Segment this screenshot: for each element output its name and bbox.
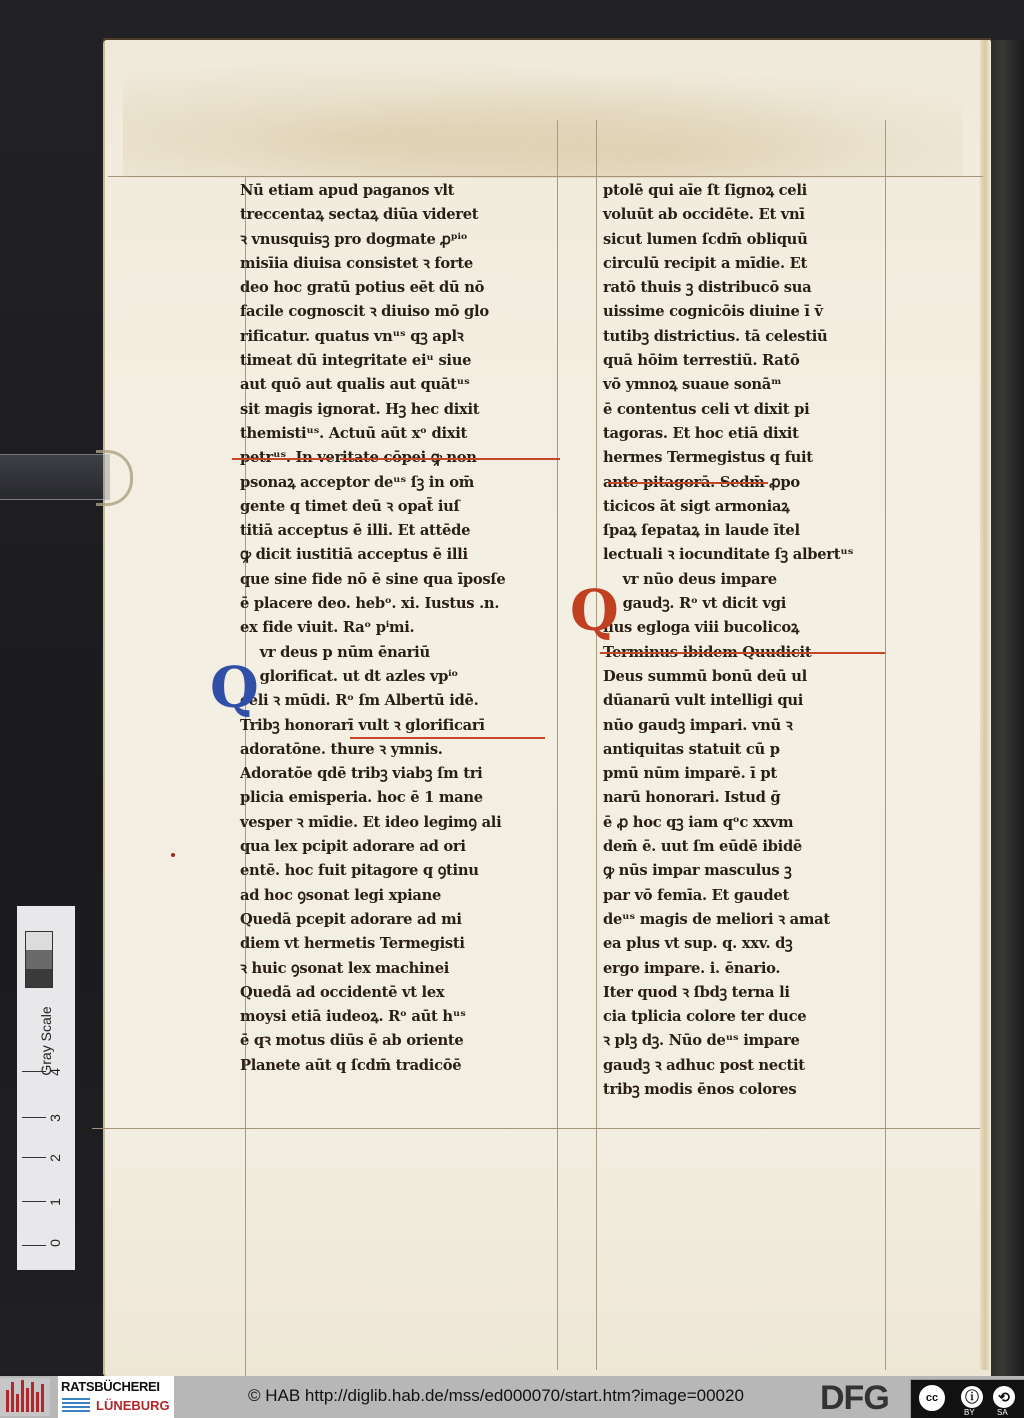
text-line: ea plus vt sup. q. xxv. dꝫ [603, 931, 926, 955]
text-line: Tribꝫ honorarī vult ꝛ glorificarī [240, 713, 563, 737]
text-line: cia tplicia colore ter duce [603, 1004, 926, 1028]
text-line: deᵘˢ magis de meliori ꝛ amat [603, 907, 926, 931]
text-line: hermes Termegistus q fuit [603, 445, 926, 469]
text-line: adoratōne. thure ꝛ ymnis. [240, 737, 563, 761]
text-line: vō ymnoꝝ suaue sonāᵐ [603, 372, 926, 396]
margin-mark [171, 853, 175, 857]
text-line: antiquitas statuit cū p [603, 737, 926, 761]
text-line: ptolē qui aīe ſt ſignoꝝ celi [603, 178, 926, 202]
text-line: narū honorari. Istud ḡ [603, 785, 926, 809]
text-line: facile cognoscit ꝛ diuiso mō glo [240, 299, 563, 323]
text-line: ꝛ huic ꝯsonat lex machinei [240, 956, 563, 980]
ruler-tick [22, 1117, 46, 1118]
text-line: diem vt hermetis Termegisti [240, 931, 563, 955]
clip-tip [96, 450, 133, 506]
text-line: Adoratōe qdē tribꝫ viabꝫ ſm tri [240, 761, 563, 785]
text-line: glorificat. ut dt azles vpⁱᵒ [240, 664, 563, 688]
rubric-underline [232, 458, 332, 460]
text-line: dem̄ ē. uut ſm eūdē ibidē [603, 834, 926, 858]
by-label: BY [964, 1408, 975, 1417]
red-initial-letter: Q [570, 583, 619, 639]
text-line: aut quō aut qualis aut quātᵘˢ [240, 372, 563, 396]
swatch-dark [26, 969, 52, 987]
ruler-tick [22, 1245, 46, 1246]
text-line: ē contentus celi vt dixit pi [603, 397, 926, 421]
clip-band [0, 454, 110, 500]
ruler-tick [22, 1071, 46, 1072]
text-line: gente q timet deū ꝛ opat̄ iuſ [240, 494, 563, 518]
text-line: deo hoc gratū potius eēt dū nō [240, 275, 563, 299]
left-text-column: Nū etiam apud paganos vlt treccentaꝝ sec… [240, 178, 570, 1077]
gray-swatches [25, 931, 53, 988]
text-line: titiā acceptus ē illi. Et attēde [240, 518, 563, 542]
ruler-number: 0 [47, 1239, 63, 1247]
text-line: nūo gaudꝫ impari. vnū ꝛ [603, 713, 926, 737]
copyright-url[interactable]: © HAB http://diglib.hab.de/mss/ed000070/… [248, 1386, 744, 1406]
text-line: quā hōim terrestiū. Ratō [603, 348, 926, 372]
text-line: voluūt ab occidēte. Et vnī [603, 202, 926, 226]
text-line: sit magis ignorat. Hꝫ hec dixit [240, 397, 563, 421]
text-line: gaudꝫ ꝛ adhuc post nectit [603, 1053, 926, 1077]
text-line: ergo impare. i. ēnario. [603, 956, 926, 980]
text-line: ꝙ dicit iustitiā acceptus ē illi [240, 542, 563, 566]
text-line: ē qꝛ motus diūs ē ab oriente [240, 1028, 563, 1052]
sa-label: SA [997, 1408, 1008, 1417]
text-line: ex fide viuit. Raᵒ pⁱmi. [240, 615, 563, 639]
text-line: celi ꝛ mūdi. Rᵒ ſm Albertū idē. [240, 688, 563, 712]
page-clip [0, 446, 130, 506]
ruler-number: 1 [47, 1198, 63, 1206]
text-line: ē ꝓ hoc qꝫ iam qᵒc xxvm [603, 810, 926, 834]
ruler-number: 3 [47, 1114, 63, 1122]
text-line: plicia emisperia. hoc ē 1 mane [240, 785, 563, 809]
logo-text-bottom: LÜNEBURG [96, 1398, 170, 1413]
text-line: ē placere deo. hebᵒ. xi. Iustus .n. [240, 591, 563, 615]
sa-icon: ⟲ [991, 1384, 1017, 1410]
text-line: lius egloga viii bucolicoꝝ [603, 615, 926, 639]
text-line: Iter quod ꝛ ſbdꝫ terna li [603, 980, 926, 1004]
ruler-tick [22, 1157, 46, 1158]
text-line: Quedā ad occidentē vt lex [240, 980, 563, 1004]
text-line: vr nūo deus impare [603, 567, 926, 591]
text-line: Quedā pcepit adorare ad mi [240, 907, 563, 931]
binding-edge [988, 40, 1024, 1380]
text-line: ꝛ plꝫ dꝫ. Nūo deᵘˢ impare [603, 1028, 926, 1052]
text-line: pmū nūm imparē. ī pt [603, 761, 926, 785]
text-line: qua lex pcipit adorare ad ori [240, 834, 563, 858]
text-line: ꝛ vnusquisꝫ pro dogmate ꝓᵖⁱᵒ [240, 227, 563, 251]
text-line: uissime cognicōis diuine ī v̄ [603, 299, 926, 323]
ruler-number: 2 [47, 1154, 63, 1162]
text-line: misīia diuisa consistet ꝛ forte [240, 251, 563, 275]
text-line: gaudꝫ. Rᵒ vt dicit vgi [603, 591, 926, 615]
text-line: tagoras. Et hoc etiā dixit [603, 421, 926, 445]
text-line: treccentaꝝ sectaꝝ diūa videret [240, 202, 563, 226]
ruler-number: 4 [47, 1068, 63, 1076]
book-icon [62, 1398, 90, 1414]
text-line: dūanarū vult intelligi qui [603, 688, 926, 712]
rubric-underline [350, 737, 545, 739]
right-text-column: ptolē qui aīe ſt ſignoꝝ celi voluūt ab o… [603, 178, 933, 1101]
text-line: sicut lumen ſcdm̄ obliquū [603, 227, 926, 251]
ruling-bottom [92, 1128, 980, 1129]
text-line: tribꝫ modis ēnos colores [603, 1077, 926, 1101]
ruling-top [108, 176, 983, 177]
water-stain [123, 48, 963, 178]
text-line: ꝙ nūs impar masculus ꝫ [603, 858, 926, 882]
ruler-label: Gray Scale [38, 1006, 54, 1076]
by-icon: ⓘ [959, 1384, 985, 1410]
cc-icon: cc [917, 1383, 947, 1413]
text-line: Planete aūt q ſcdm̄ tradicōē [240, 1053, 563, 1077]
ruling-right-inner [596, 120, 597, 1370]
text-line: par vō femīa. Et gaudet [603, 883, 926, 907]
text-line: tutibꝫ districtius. tā celestiū [603, 324, 926, 348]
library-bars-logo [0, 1378, 50, 1416]
ratsbuecherei-logo[interactable]: RATSBÜCHEREI LÜNEBURG [58, 1376, 174, 1418]
rubric-underline [600, 652, 885, 654]
swatch-mid [26, 950, 52, 968]
text-line: ticicos āt sigt armoniaꝝ [603, 494, 926, 518]
text-line: vesper ꝛ mīdie. Et ideo legimꝯ ali [240, 810, 563, 834]
text-line: Nū etiam apud paganos vlt [240, 178, 563, 202]
text-line: circulū recipit a mīdie. Et [603, 251, 926, 275]
text-line: lectuali ꝛ iocunditate ſꝫ albertᵘˢ [603, 542, 926, 566]
text-line: ad hoc ꝯsonat legi xpiane [240, 883, 563, 907]
cc-license-badge[interactable]: cc ⓘ BY ⟲ SA [910, 1379, 1024, 1418]
ruler-tick [22, 1201, 46, 1202]
text-line: timeat dū integritate eiᵘ siue [240, 348, 563, 372]
rubric-underline [340, 458, 560, 460]
page-gutter [980, 40, 990, 1370]
text-line: ſpaꝝ ſepataꝝ in laude ītel [603, 518, 926, 542]
swatch-light [26, 932, 52, 950]
text-line: themistiᵘˢ. Actuū aūt xᵒ dixit [240, 421, 563, 445]
text-line: psonaꝝ acceptor deᵘˢ ſꝫ in om̄ [240, 470, 563, 494]
text-line: vr deus p nūm ēnariū [240, 640, 563, 664]
text-line: moysi etiā iudeoꝝ. Rᵒ aūt hᵘˢ [240, 1004, 563, 1028]
blue-initial-letter: Q [210, 660, 259, 716]
rubric-underline [608, 482, 768, 484]
footer-bar: RATSBÜCHEREI LÜNEBURG © HAB http://digli… [0, 1376, 1024, 1418]
logo-text-top: RATSBÜCHEREI [61, 1379, 160, 1394]
dfg-logo[interactable]: DFG [820, 1379, 889, 1418]
text-line: rificatur. quatus vnᵘˢ qꝫ aplꝛ [240, 324, 563, 348]
text-line: Deus summū bonū deū ul [603, 664, 926, 688]
text-line: que sine fide nō ē sine qua īposſe [240, 567, 563, 591]
text-line: ratō thuis ꝫ distribucō sua [603, 275, 926, 299]
text-line: entē. hoc fuit pitagore q ꝯtinu [240, 858, 563, 882]
